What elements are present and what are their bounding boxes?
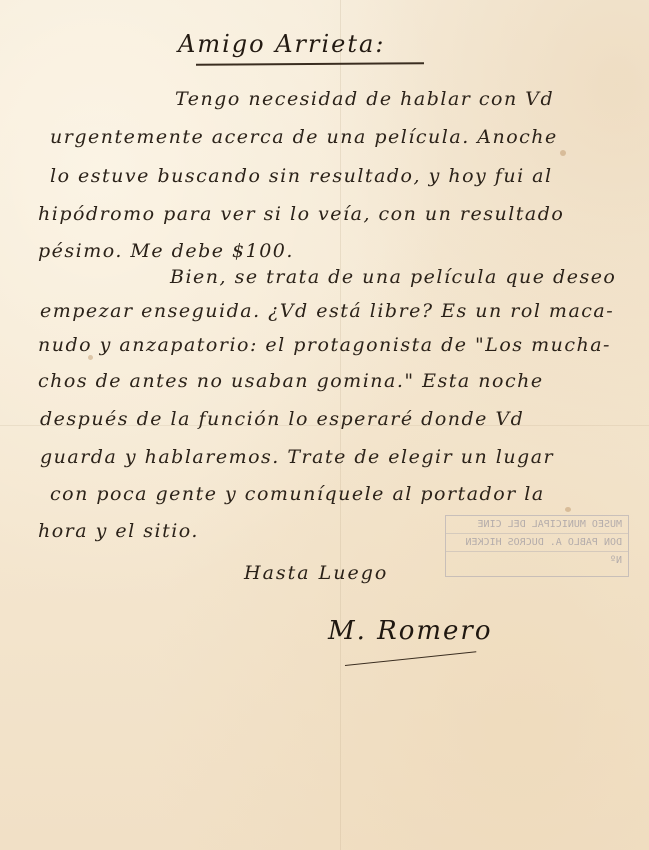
letter-line: lo estuve buscando sin resultado, y hoy … bbox=[50, 165, 553, 187]
letter-line: guarda y hablaremos. Trate de elegir un … bbox=[40, 446, 554, 468]
letter-line: hipódromo para ver si lo veía, con un re… bbox=[38, 203, 564, 225]
letter-line: nudo y anzapatorio: el protagonista de "… bbox=[38, 334, 611, 356]
signature: M. Romero bbox=[328, 616, 493, 646]
letter-line: después de la función lo esperaré donde … bbox=[40, 408, 524, 430]
salutation-underline bbox=[196, 62, 424, 65]
letter-line: chos de antes no usaban gomina." Esta no… bbox=[38, 370, 544, 392]
signature-underline bbox=[345, 651, 476, 666]
letter-line: urgentemente acerca de una película. Ano… bbox=[50, 126, 558, 148]
stain bbox=[565, 507, 571, 512]
letter-line: hora y el sitio. bbox=[38, 520, 199, 542]
museum-stamp: MUSEO MUNICIPAL DEL CINE DON PABLO A. DU… bbox=[445, 515, 629, 577]
stamp-line: DON PABLO A. DUCROS HICKEN bbox=[446, 534, 628, 552]
letter-line: Tengo necesidad de hablar con Vd bbox=[175, 88, 554, 110]
stamp-line: Nº bbox=[446, 552, 628, 569]
stain bbox=[560, 150, 566, 156]
letter-line: con poca gente y comuníquele al portador… bbox=[50, 483, 545, 505]
letter-line: Bien, se trata de una película que deseo bbox=[170, 266, 616, 288]
salutation: Amigo Arrieta: bbox=[178, 30, 385, 58]
closing: Hasta Luego bbox=[244, 562, 388, 584]
letter-line: empezar enseguida. ¿Vd está libre? Es un… bbox=[40, 300, 614, 322]
letter-line: pésimo. Me debe $100. bbox=[38, 240, 294, 262]
letter-page: Amigo Arrieta: Tengo necesidad de hablar… bbox=[0, 0, 649, 850]
stamp-line: MUSEO MUNICIPAL DEL CINE bbox=[446, 516, 628, 534]
